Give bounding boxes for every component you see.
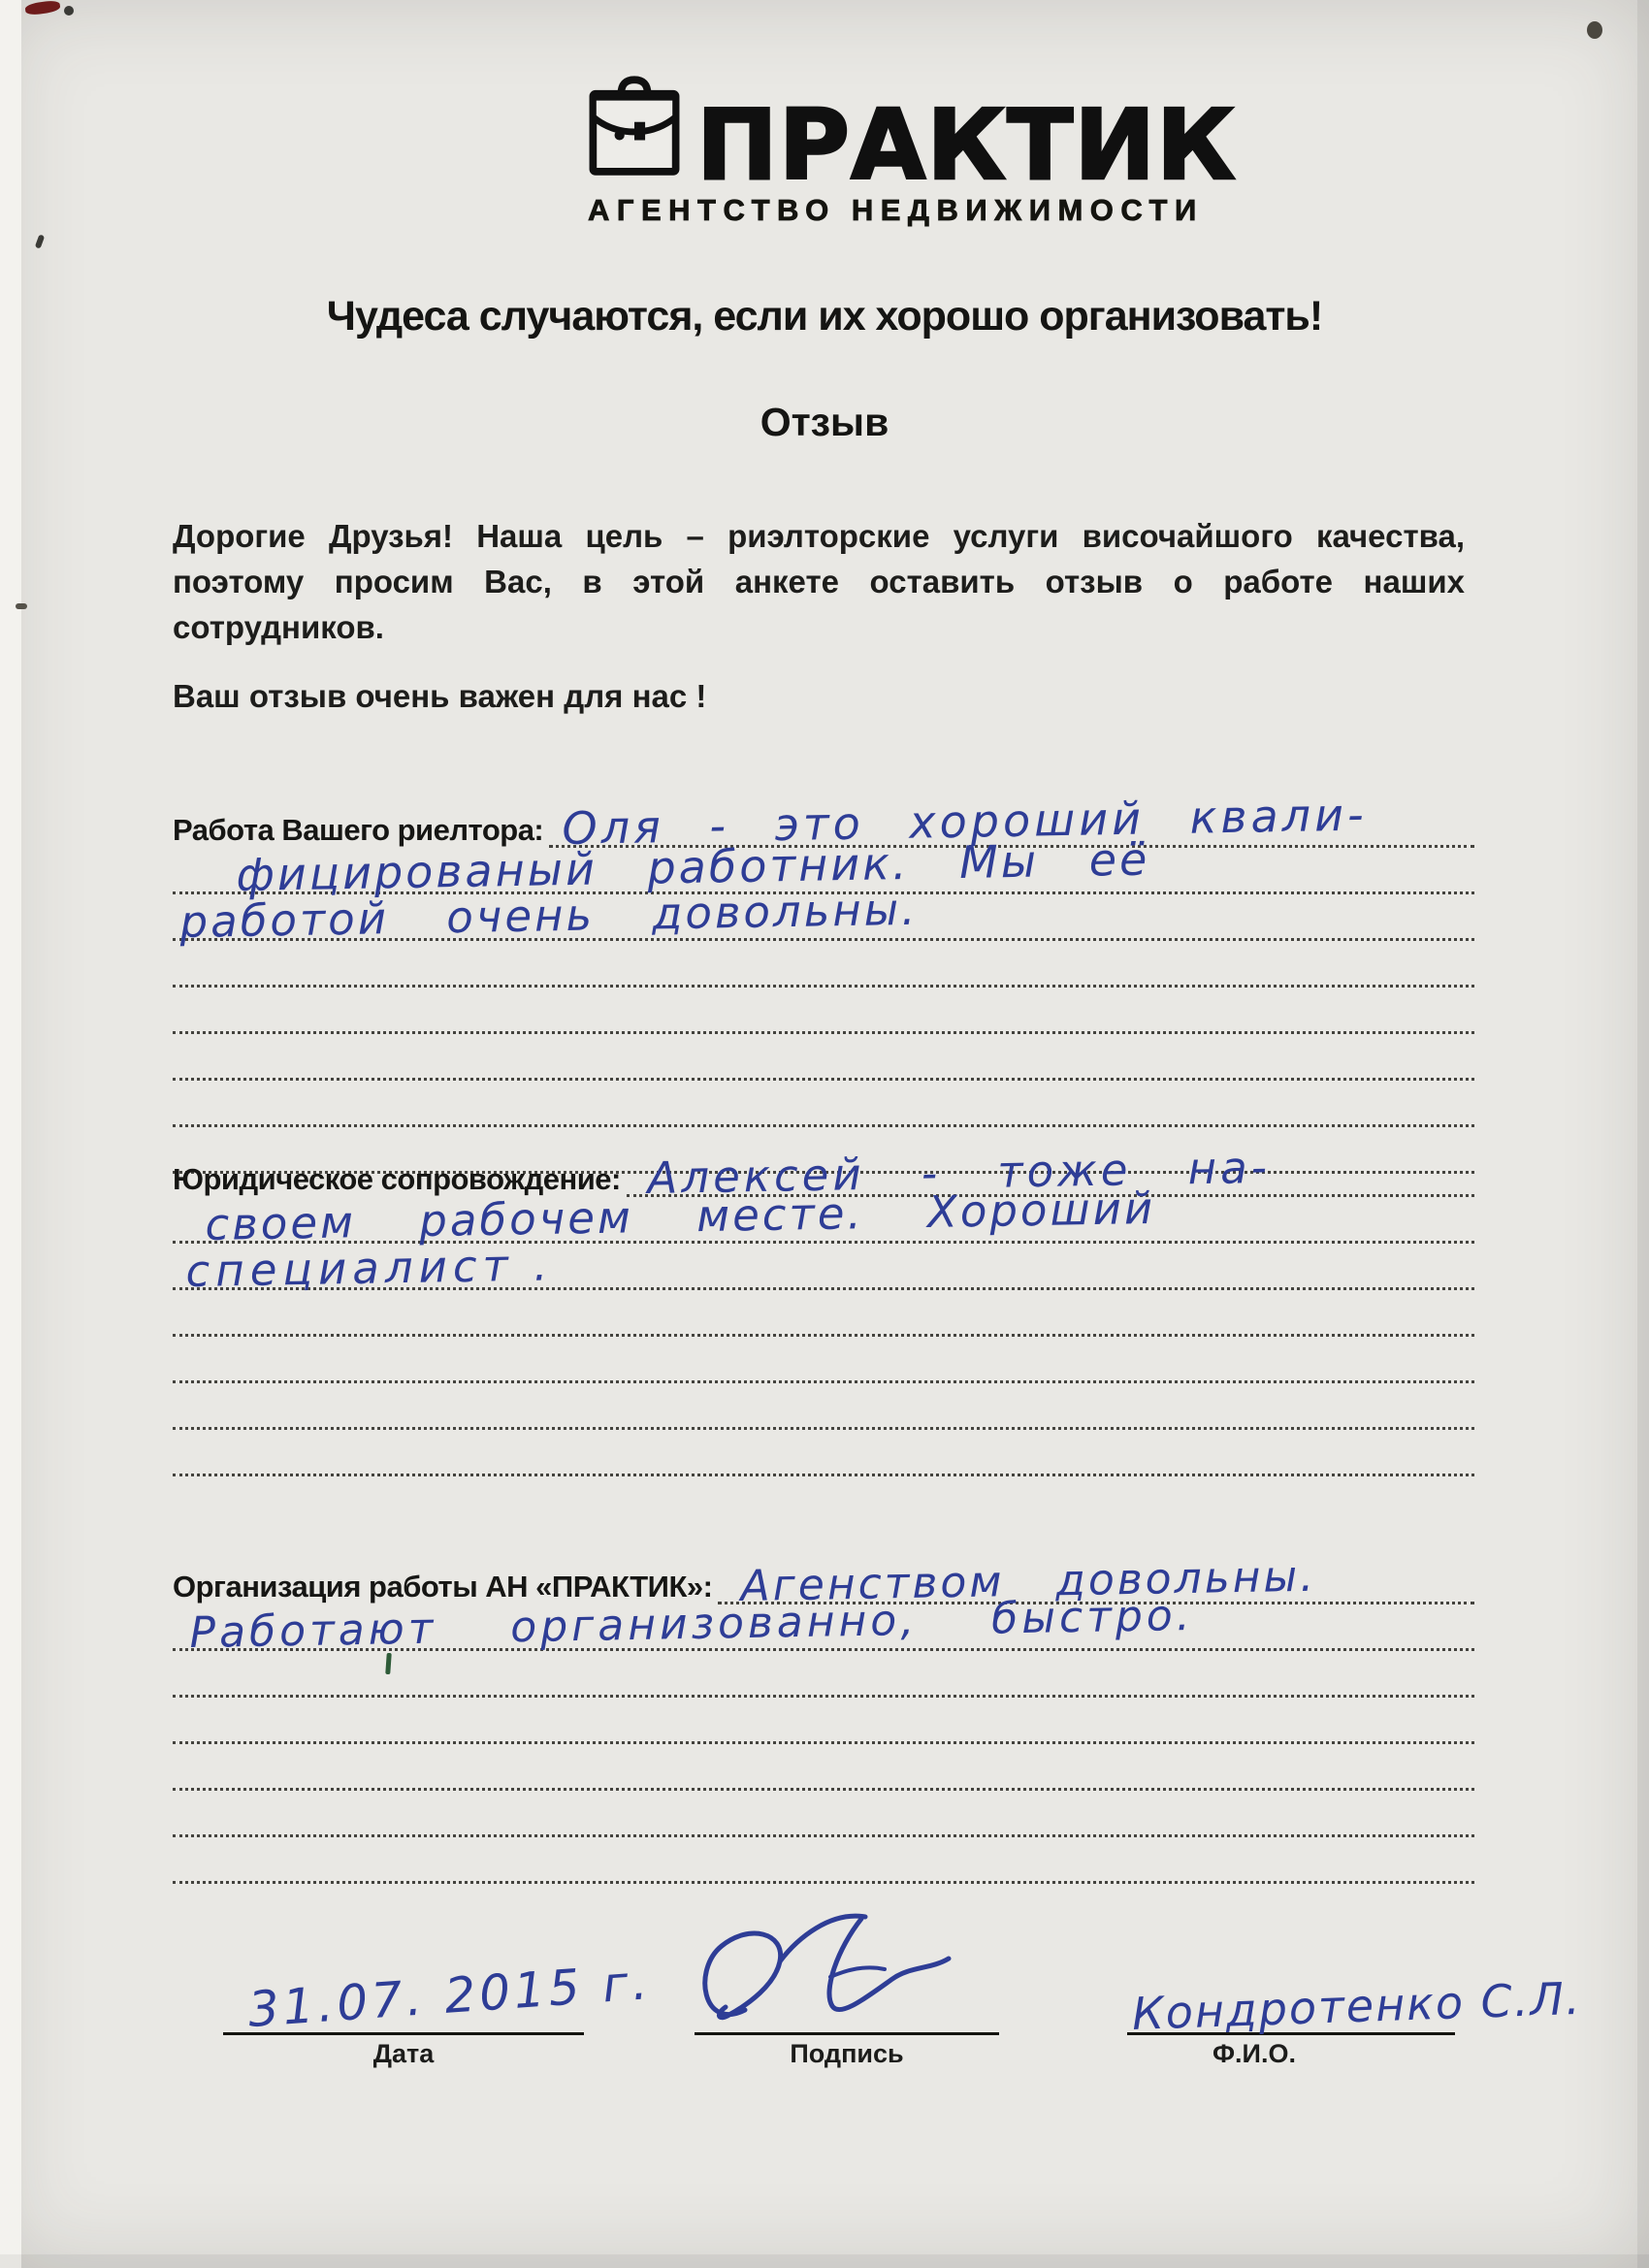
scanned-feedback-form: ПРАКТИК АГЕНТСТВО НЕДВИЖИМОСТИ Чудеса сл… [0,0,1649,2268]
date-label: Дата [223,2039,584,2069]
answer-line-empty [173,1791,1474,1837]
answer-line: специалист . [173,1244,1474,1290]
slogan: Чудеса случаются, если их хорошо организ… [0,293,1649,340]
section-legal-support: Юридическое сопровождение: Алексей - тож… [173,1150,1474,1476]
scan-speck [35,234,45,248]
scan-edge-shadow-bottom [0,2254,1649,2268]
scan-speck [16,603,27,609]
scan-speck [64,6,74,16]
handwritten-date: 31.07. 2015 г. [246,1954,653,2038]
answer-line: работой очень довольны. [173,894,1474,941]
intro-paragraph: Дорогие Друзья! Наша цель – риэлторские … [173,513,1465,650]
answer-line-empty [173,1337,1474,1383]
form-title: Отзыв [0,400,1649,445]
signature-rule [695,1926,999,2035]
handwritten-name: Кондротенко С.Л. [1131,1972,1582,2040]
answer-line-empty [173,1034,1474,1081]
handwritten-answer: специалист . [185,1239,554,1297]
brand-subtitle: АГЕНТСТВО НЕДВИЖИМОСТИ [588,193,1237,228]
answer-line: своем рабочем месте. Хороший [173,1197,1474,1244]
field-label: Организация работы АН «ПРАКТИК»: [173,1570,718,1604]
answer-line-empty [173,1383,1474,1430]
answer-line-empty [173,1290,1474,1337]
note-line: Ваш отзыв очень важен для нас ! [173,678,706,715]
brand-name: ПРАКТИК [696,110,1237,181]
date-rule: 31.07. 2015 г. [223,1926,584,2035]
answer-line-empty [173,1081,1474,1127]
field-label: Работа Вашего риелтора: [173,813,549,848]
name-label: Ф.И.О. [1127,2039,1455,2069]
answer-line-empty [173,1651,1474,1698]
answer-line: Работают организованно, быстро. [173,1604,1474,1651]
answer-line-empty [173,1837,1474,1884]
answer-line-empty [173,1430,1474,1476]
scan-speck [1587,21,1602,39]
answer-line-empty [173,1744,1474,1791]
section-agency-organisation: Организация работы АН «ПРАКТИК»: Агенств… [173,1558,1474,1884]
agency-logo: ПРАКТИК АГЕНТСТВО НЕДВИЖИМОСТИ [588,76,1237,228]
answer-line-empty [173,941,1474,988]
signature-scribble-icon [685,1913,1005,2046]
section-realtor-work: Работа Вашего риелтора: Оля - это хороши… [173,801,1474,1174]
briefcase-icon [588,76,681,181]
answer-line-empty [173,1698,1474,1744]
scan-speck [24,0,60,16]
date-block: 31.07. 2015 г. Дата [223,1926,584,2069]
name-block: Кондротенко С.Л. Ф.И.О. [1127,1926,1455,2069]
name-rule: Кондротенко С.Л. [1127,1926,1455,2035]
signature-block: Подпись [695,1926,999,2069]
field-label: Юридическое сопровождение: [173,1162,627,1197]
answer-line-empty [173,988,1474,1034]
